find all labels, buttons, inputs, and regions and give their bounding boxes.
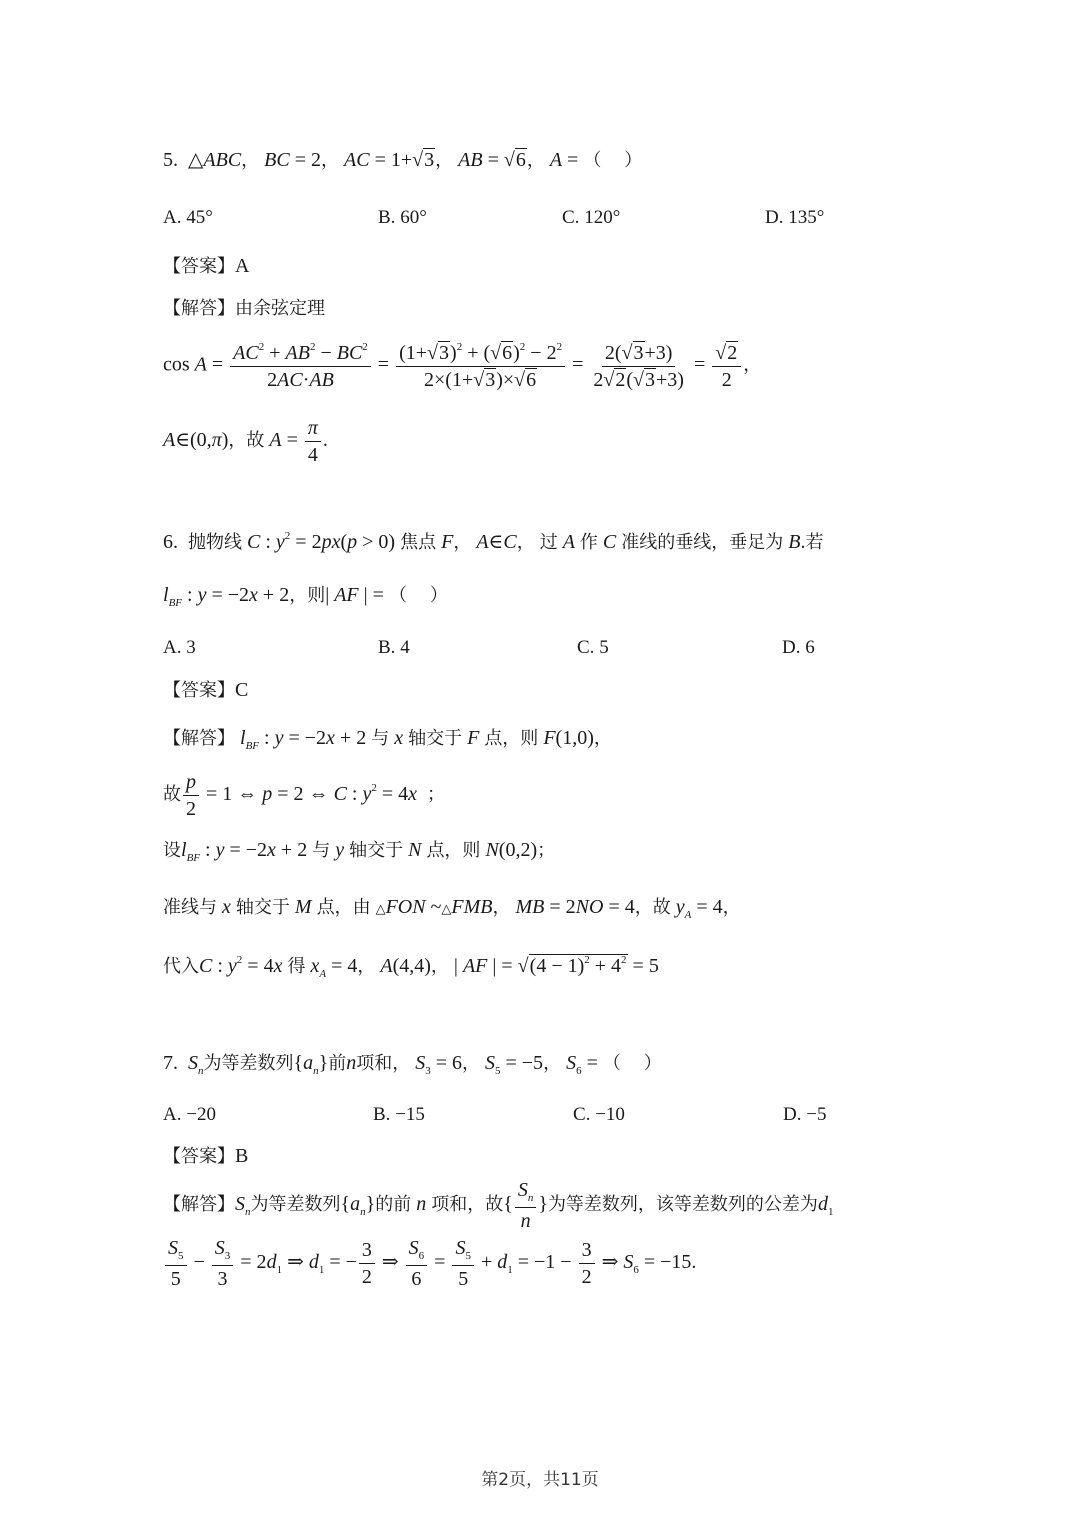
answer-tag: 【答案】 [163,680,235,701]
q7-stem: 7. Sn为等差数列{an}前n项和， S3 = 6， S5 = −5， S6 … [163,1053,662,1077]
q6-option-d[interactable]: D. 6 [782,637,815,659]
q5-conclusion: A∈(0,π)，故 A = π4. [163,418,328,465]
q7-option-d[interactable]: D. −5 [783,1104,826,1126]
q5-cosine-formula: cos A = AC2 + AB2 − BC22AC·AB = (1+√3)2 … [163,342,761,390]
q6-solution-line3: 设lBF : y = −2x + 2 与 y 轴交于 N 点，则 N(0,2)； [163,840,555,864]
q7-solution-line2: S55 − S33 = 2d1 ⇒ d1 = −32 ⇒ S66 = S55 +… [163,1238,696,1289]
q5-stem: 5. △ABC， BC = 2， AC = 1+√3， AB = √6， A =… [163,150,642,170]
q5-solution-intro: 【解答】由余弦定理 [163,298,325,318]
q6-solution-line2: 故p2 = 1 ⇔ p = 2 ⇔ C : y2 = 4x ； [163,772,445,819]
solution-tag: 【解答】 [163,728,235,749]
answer-tag: 【答案】 [163,256,235,277]
q6-solution-line4: 准线与 x 轴交于 M 点，由 △FON ~△FMB， MB = 2NO = 4… [163,897,741,921]
q6-solution-line1: 【解答】 lBF : y = −2x + 2 与 x 轴交于 F 点，则 F(1… [163,728,612,752]
q7-answer: 【答案】B [163,1146,248,1166]
answer-tag: 【答案】 [163,1146,235,1167]
q6-answer: 【答案】C [163,680,248,700]
q7-option-a[interactable]: A. −20 [163,1104,216,1126]
q6-stem-line2: lBF : y = −2x + 2，则| AF | = （ ） [163,585,448,609]
q6-stem-line1: 6. 抛物线 C : y2 = 2px(p > 0) 焦点 F， A∈C， 过 … [163,531,823,552]
q5-option-c[interactable]: C. 120° [562,207,620,229]
q7-option-c[interactable]: C. −10 [573,1104,625,1126]
q7-option-b[interactable]: B. −15 [373,1104,425,1126]
solution-tag: 【解答】 [163,298,235,319]
solution-tag: 【解答】 [163,1194,235,1215]
q5-option-b[interactable]: B. 60° [378,207,427,229]
answer-value: B [235,1145,248,1167]
page-footer: 第2页，共11页 [0,1465,1080,1490]
q7-solution-line1: 【解答】Sn为等差数列{an}的前 n 项和，故{Snn}为等差数列，该等差数列… [163,1180,833,1231]
q5-answer: 【答案】A [163,256,249,276]
q7-number: 7. [163,1052,178,1074]
answer-value: C [235,679,248,701]
q6-option-c[interactable]: C. 5 [577,637,609,659]
answer-value: A [235,255,249,277]
q5-number: 5. [163,149,178,171]
q5-option-d[interactable]: D. 135° [765,207,824,229]
q5-option-a[interactable]: A. 45° [163,207,213,229]
q6-number: 6. [163,531,178,553]
q6-option-b[interactable]: B. 4 [378,637,410,659]
q6-solution-line5: 代入C : y2 = 4x 得 xA = 4， A(4,4)， | AF | =… [163,955,659,980]
q6-option-a[interactable]: A. 3 [163,637,196,659]
